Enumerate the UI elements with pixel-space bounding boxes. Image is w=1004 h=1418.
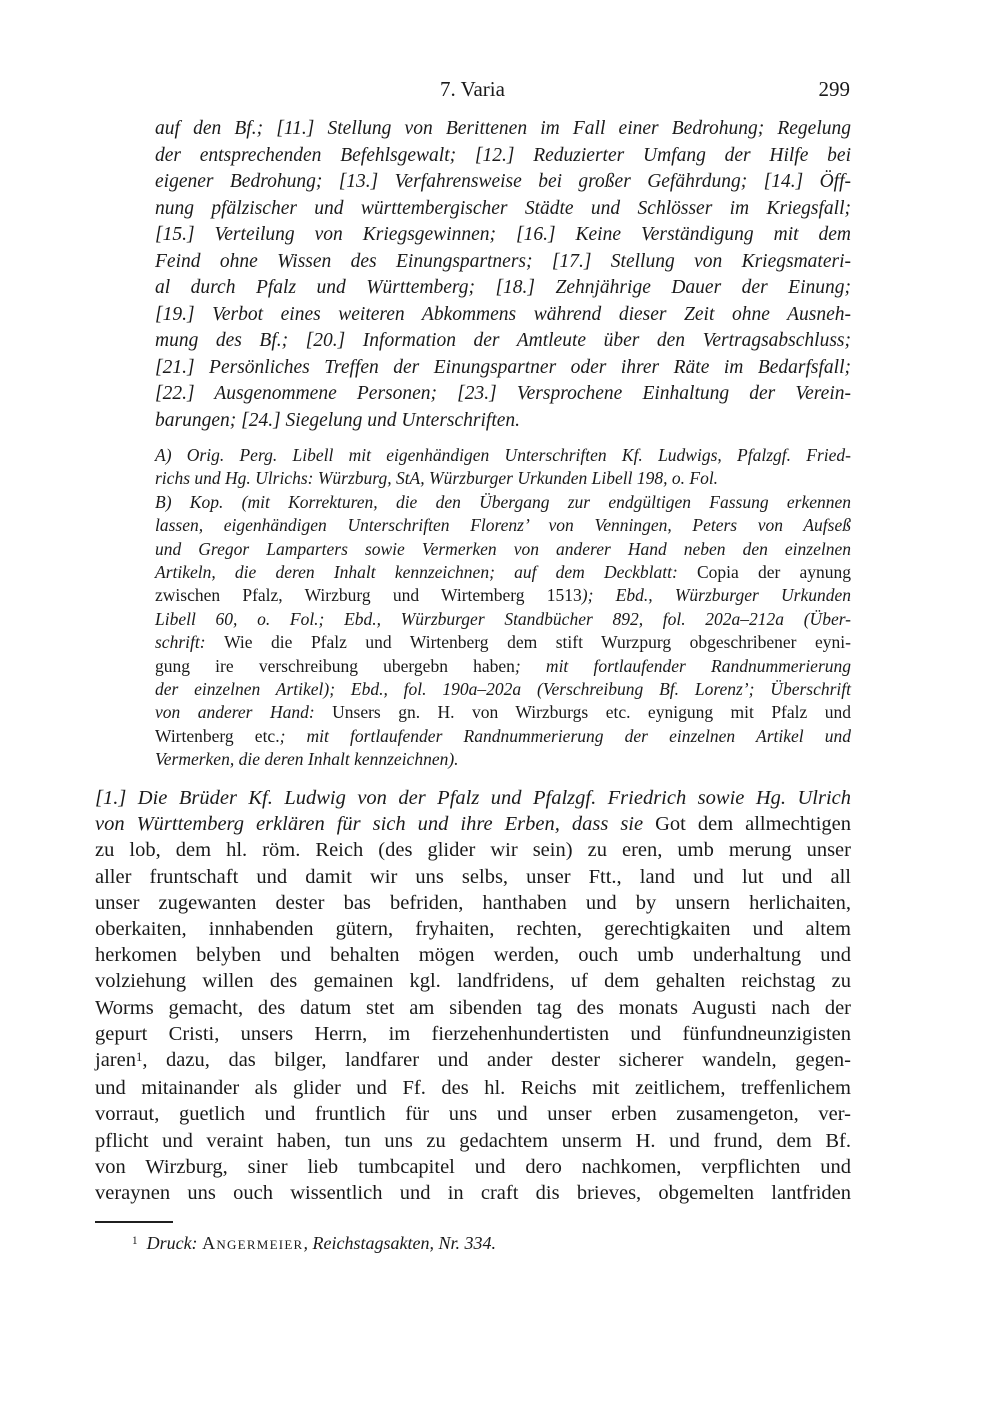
text-segment: Wirtenberg etc. [155, 726, 280, 746]
text-line: herkomen belyben und behalten mögen werd… [95, 942, 851, 968]
text-line: Libell 60, o. Fol.; Ebd., Würzburger Sta… [155, 608, 851, 631]
source-description: A) Orig. Perg. Libell mit eigenhändigen … [155, 444, 851, 772]
text-segment: herkomen belyben und behalten mögen werd… [95, 944, 851, 966]
text-line: 1Druck: Angermeier, Reichstagsakten, Nr.… [95, 1231, 851, 1258]
text-line: schrift: Wie die Pfalz und Wirtenberg de… [155, 631, 851, 654]
text-line: eigener Bedrohung; [13.] Verfahrensweise… [155, 169, 851, 196]
text-segment: [22.] Ausgenommene Personen; [23.] Versp… [155, 383, 851, 404]
text-line: von anderer Hand: Unsers gn. H. von Wirz… [155, 701, 851, 724]
text-segment: Got dem allmechtigen [655, 813, 851, 835]
text-line: al durch Pfalz und Württemberg; [18.] Ze… [155, 275, 851, 302]
text-line: veraynen uns ouch wissentlich und in cra… [95, 1180, 851, 1206]
text-segment: ); Ebd., Würzburger Urkunden [582, 585, 851, 605]
text-segment: nung pfälzischer und württembergischer S… [155, 198, 851, 219]
text-segment: Feind ohne Wissen des Einungspartners; [… [155, 251, 851, 272]
text-line: B) Kop. (mit Korrekturen, die den Überga… [155, 491, 851, 514]
text-segment: und mitainander als glider und Ff. des h… [95, 1077, 851, 1099]
text-segment: [21.] Persönliches Treffen der Einungspa… [155, 357, 851, 378]
book-page: 7. Varia 299 auf den Bf.; [11.] Stellung… [0, 0, 1004, 1418]
text-line: unser zugewanten dester bas befriden, ha… [95, 890, 851, 916]
text-line: gung ire verschreibung ubergebn haben; m… [155, 655, 851, 678]
running-title: 7. Varia [95, 76, 850, 102]
text-segment: [19.] Verbot eines weiteren Abkommens wä… [155, 304, 851, 325]
text-segment: richs und Hg. Ulrichs: Würzburg, StA, Wü… [155, 468, 718, 488]
text-line: der entsprechenden Befehlsgewalt; [12.] … [155, 143, 851, 170]
text-segment: A) Orig. Perg. Libell mit eigenhändigen … [155, 445, 851, 465]
text-segment: Worms gemacht, des datum stet am sibende… [95, 997, 851, 1019]
summary-paragraph: auf den Bf.; [11.] Stellung von Beritten… [155, 116, 851, 434]
text-segment: der einzelnen Artikel); Ebd., fol. 190a–… [155, 679, 851, 699]
text-segment: Druck: [147, 1233, 202, 1253]
text-line: [19.] Verbot eines weiteren Abkommens wä… [155, 302, 851, 329]
text-segment: Unsers gn. H. von Wirzburgs etc. eynigun… [332, 702, 851, 722]
text-line: aller fruntschaft und damit wir uns selb… [95, 864, 851, 890]
text-line: nung pfälzischer und württembergischer S… [155, 196, 851, 223]
text-segment: jaren [95, 1049, 136, 1071]
text-segment: und Gregor Lamparters sowie Vermerken vo… [155, 539, 851, 559]
text-line: oberkaiten, innhabenden gütern, fryhaite… [95, 916, 851, 942]
text-segment: veraynen uns ouch wissentlich und in cra… [95, 1182, 851, 1204]
text-segment: mung des Bf.; [20.] Information der Amtl… [155, 330, 851, 351]
text-segment: unser zugewanten dester bas befriden, ha… [95, 892, 851, 914]
page-number: 299 [819, 76, 851, 102]
text-segment: ; mit fortlaufender Randnummerierung [515, 656, 851, 676]
text-segment: gepurt Cristi, unsers Herrn, im fierzehe… [95, 1023, 851, 1045]
text-segment: barungen; [24.] Siegelung und Unterschri… [155, 410, 520, 431]
text-line: und mitainander als glider und Ff. des h… [95, 1075, 851, 1101]
text-line: auf den Bf.; [11.] Stellung von Beritten… [155, 116, 851, 143]
text-line: von Wirzburg, siner lieb tumbcapitel und… [95, 1154, 851, 1180]
text-segment: volziehung willen des gemainen kgl. land… [95, 970, 851, 992]
text-line: barungen; [24.] Siegelung und Unterschri… [155, 408, 851, 435]
text-segment: Angermeier [202, 1233, 303, 1253]
page-header: 7. Varia 299 [95, 76, 850, 104]
text-segment: aller fruntschaft und damit wir uns selb… [95, 866, 851, 888]
text-line: lassen, eigenhändigen Unterschriften Flo… [155, 514, 851, 537]
text-segment: , Reichstagsakten, Nr. 334. [304, 1233, 496, 1253]
text-segment: [1.] Die Brüder Kf. Ludwig von der Pfalz… [95, 787, 851, 809]
text-line: [21.] Persönliches Treffen der Einungspa… [155, 355, 851, 382]
footnote-separator-rule [95, 1221, 173, 1223]
text-segment: Copia der aynung [697, 562, 851, 582]
text-segment: der entsprechenden Befehlsgewalt; [12.] … [155, 145, 851, 166]
text-line: volziehung willen des gemainen kgl. land… [95, 968, 851, 994]
text-segment: zwischen Pfalz, Wirzburg und Wirtemberg … [155, 585, 582, 605]
text-line: Artikeln, die deren Inhalt kennzeichnen;… [155, 561, 851, 584]
text-segment: schrift: [155, 632, 224, 652]
text-line: gepurt Cristi, unsers Herrn, im fierzehe… [95, 1021, 851, 1047]
text-segment: vorraut, guetlich und fruntlich für uns … [95, 1103, 851, 1125]
text-segment: auf den Bf.; [11.] Stellung von Beritten… [155, 118, 851, 139]
text-segment: [15.] Verteilung von Kriegsgewinnen; [16… [155, 224, 851, 245]
text-segment: von Wirzburg, siner lieb tumbcapitel und… [95, 1156, 851, 1178]
text-line: [1.] Die Brüder Kf. Ludwig von der Pfalz… [95, 785, 851, 811]
text-line: jaren1, dazu, das bilger, landfarer und … [95, 1047, 851, 1075]
text-segment: al durch Pfalz und Württemberg; [18.] Ze… [155, 277, 851, 298]
main-text-paragraph: [1.] Die Brüder Kf. Ludwig von der Pfalz… [95, 785, 851, 1206]
text-line: mung des Bf.; [20.] Information der Amtl… [155, 328, 851, 355]
text-segment: ; mit fortlaufender Randnummerierung der… [280, 726, 851, 746]
text-line: pflicht und veraint haben, tun uns zu ge… [95, 1128, 851, 1154]
text-line: richs und Hg. Ulrichs: Würzburg, StA, Wü… [155, 467, 851, 490]
text-line: von Württemberg erklären für sich und ih… [95, 811, 851, 837]
text-segment: Artikeln, die deren Inhalt kennzeichnen;… [155, 562, 697, 582]
text-segment: , dazu, das bilger, landfarer und ander … [142, 1049, 851, 1071]
text-segment: gung ire verschreibung ubergebn haben [155, 656, 515, 676]
text-segment: zu lob, dem hl. röm. Reich (des glider w… [95, 839, 851, 861]
text-segment: lassen, eigenhändigen Unterschriften Flo… [155, 515, 851, 535]
text-line: vorraut, guetlich und fruntlich für uns … [95, 1101, 851, 1127]
text-segment: von Württemberg erklären für sich und ih… [95, 813, 655, 835]
text-segment: pflicht und veraint haben, tun uns zu ge… [95, 1130, 851, 1152]
text-line: [22.] Ausgenommene Personen; [23.] Versp… [155, 381, 851, 408]
text-line: und Gregor Lamparters sowie Vermerken vo… [155, 538, 851, 561]
text-line: A) Orig. Perg. Libell mit eigenhändigen … [155, 444, 851, 467]
text-segment: B) Kop. (mit Korrekturen, die den Überga… [155, 492, 851, 512]
text-segment: Wie die Pfalz und Wirtenberg dem stift W… [224, 632, 851, 652]
text-line: Feind ohne Wissen des Einungspartners; [… [155, 249, 851, 276]
text-line: Worms gemacht, des datum stet am sibende… [95, 995, 851, 1021]
text-line: der einzelnen Artikel); Ebd., fol. 190a–… [155, 678, 851, 701]
text-segment: Vermerken, die deren Inhalt kennzeichnen… [155, 749, 459, 769]
footnote-marker: 1 [132, 1235, 138, 1247]
text-segment: von anderer Hand: [155, 702, 332, 722]
footnote-marker: 1 [136, 1050, 142, 1064]
text-line: zwischen Pfalz, Wirzburg und Wirtemberg … [155, 584, 851, 607]
text-segment: eigener Bedrohung; [13.] Verfahrensweise… [155, 171, 851, 192]
text-segment: Libell 60, o. Fol.; Ebd., Würzburger Sta… [155, 609, 851, 629]
text-line: Wirtenberg etc.; mit fortlaufender Randn… [155, 725, 851, 748]
text-segment: oberkaiten, innhabenden gütern, fryhaite… [95, 918, 851, 940]
footnote: 1Druck: Angermeier, Reichstagsakten, Nr.… [95, 1231, 851, 1258]
text-line: [15.] Verteilung von Kriegsgewinnen; [16… [155, 222, 851, 249]
text-line: Vermerken, die deren Inhalt kennzeichnen… [155, 748, 851, 771]
text-line: zu lob, dem hl. röm. Reich (des glider w… [95, 837, 851, 863]
